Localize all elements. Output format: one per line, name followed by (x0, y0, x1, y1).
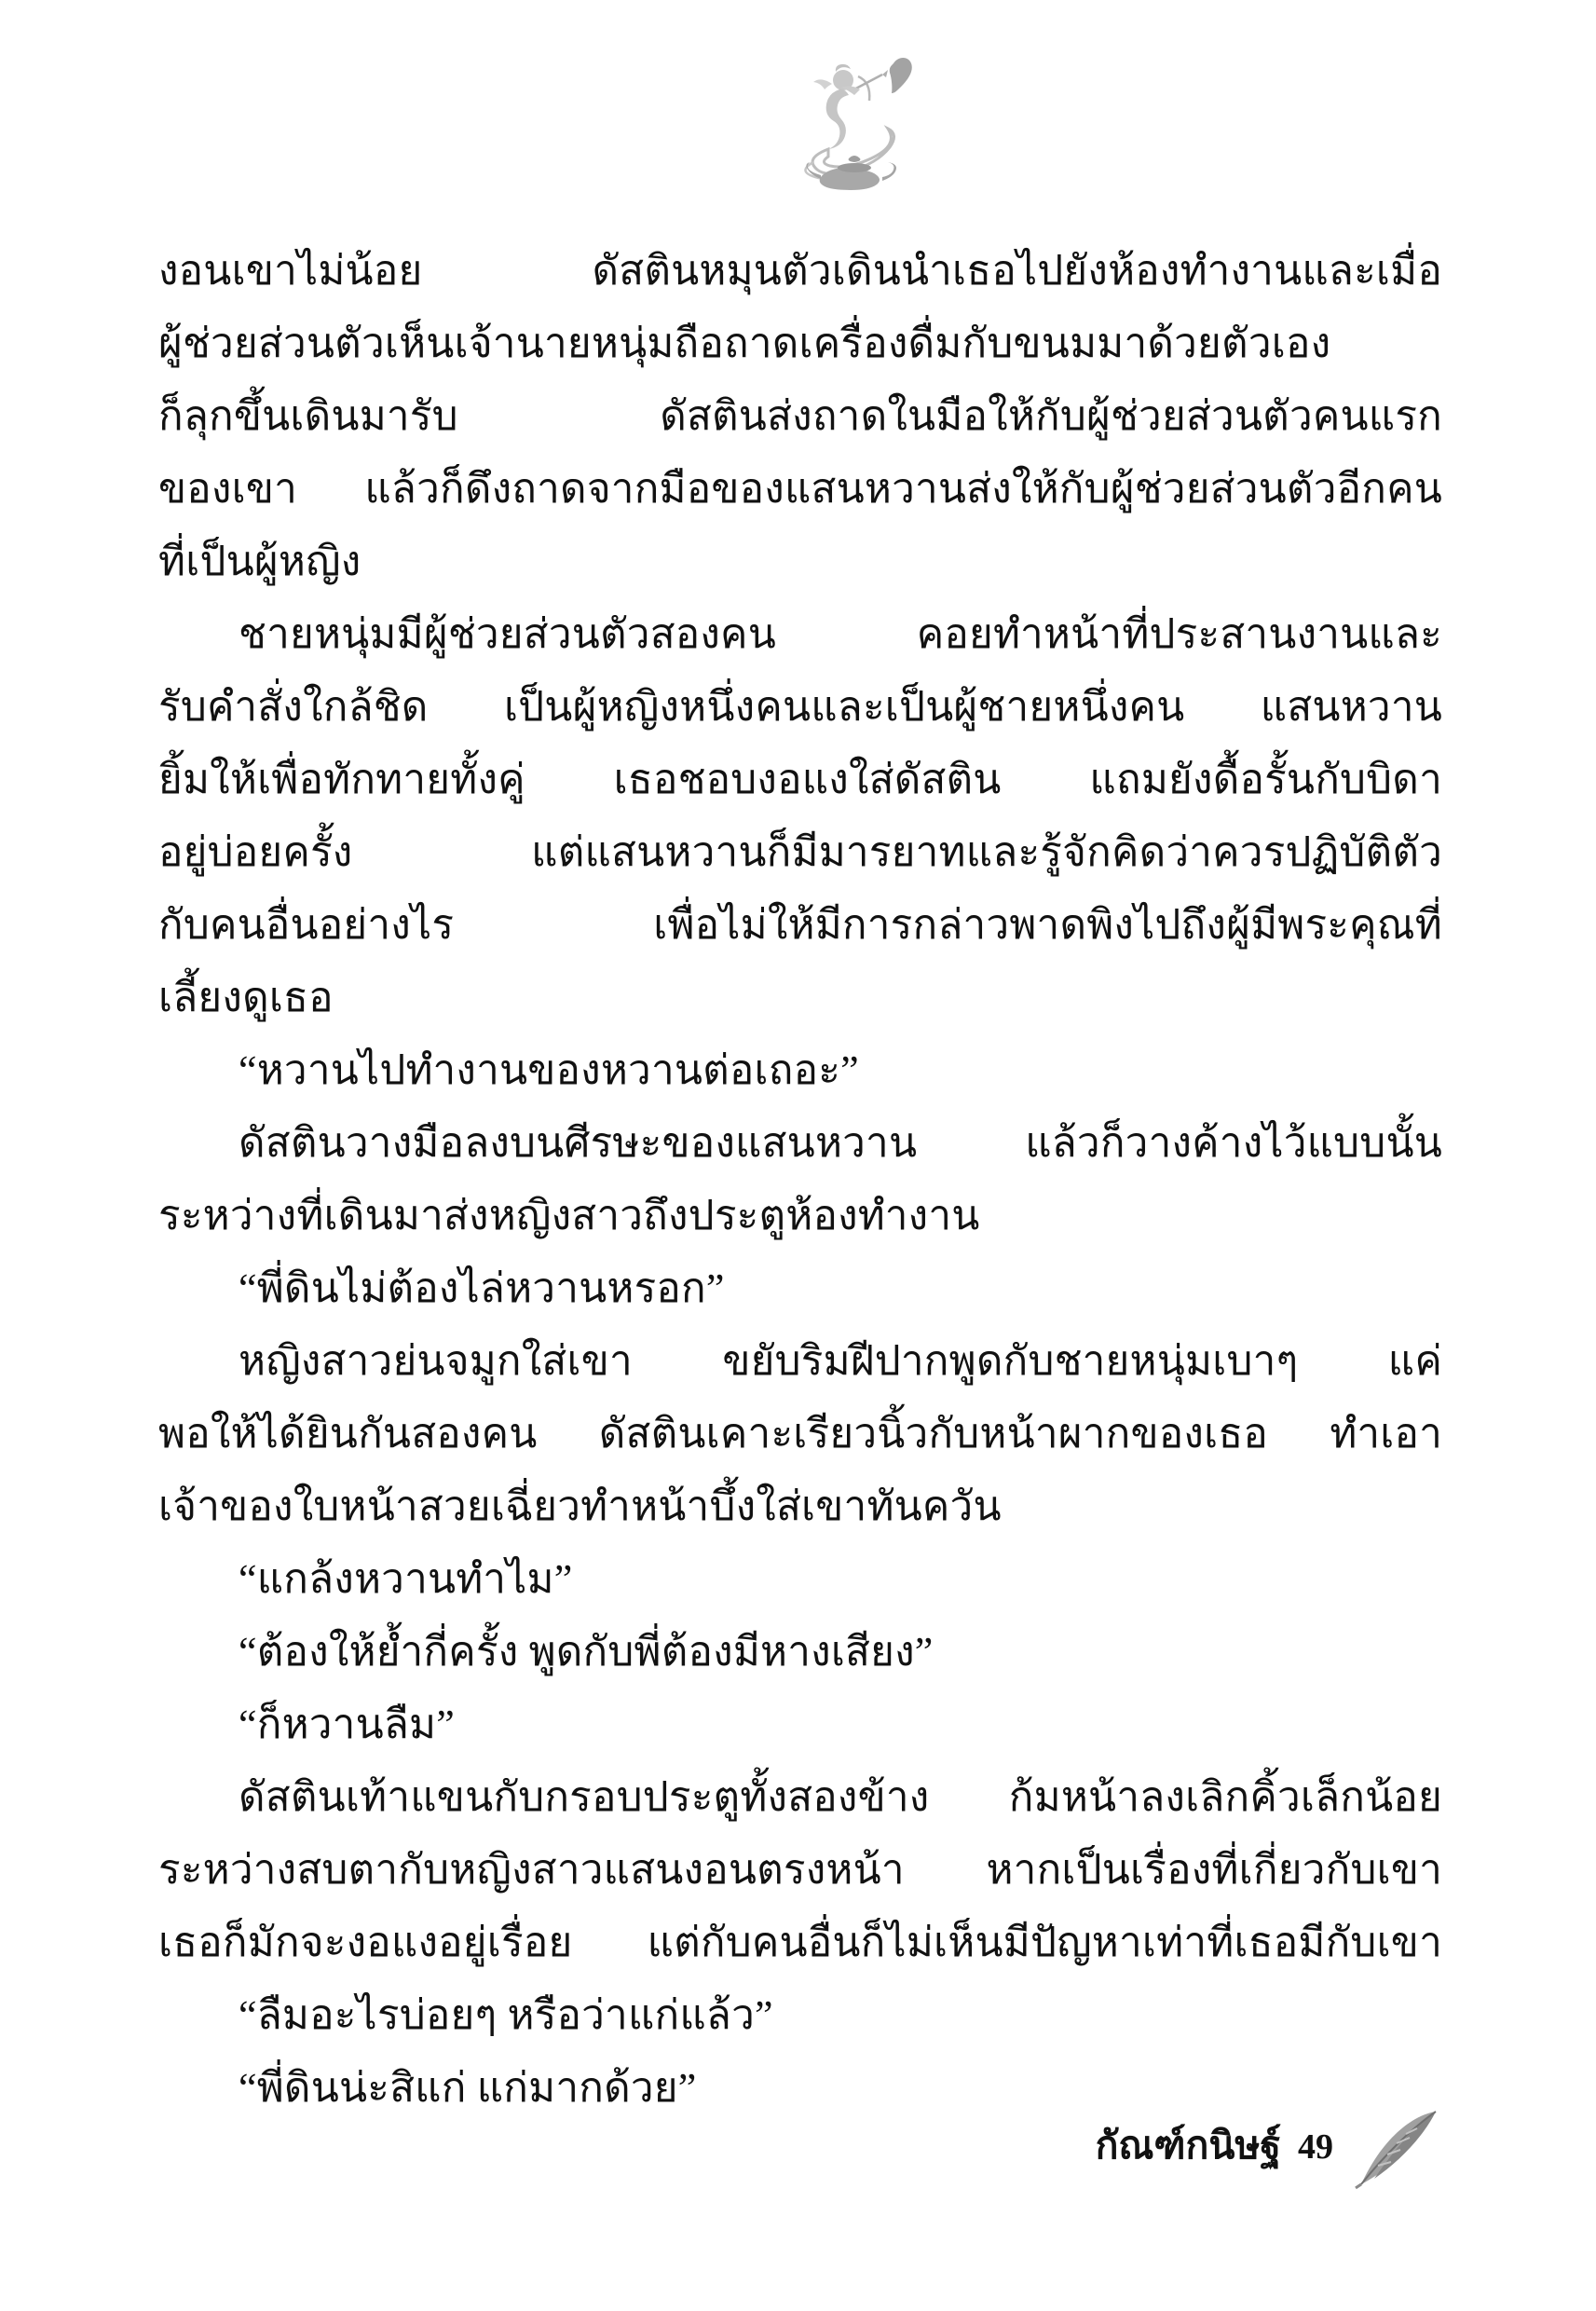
text-line: “หวานไปทำงานของหวานต่อเถอะ” (158, 1034, 1442, 1107)
running-title: กัณฑ์กนิษฐ์ (1096, 2126, 1281, 2165)
text-line: พอให้ได้ยินกันสองคน ดัสตินเคาะเรียวนิ้วก… (158, 1398, 1442, 1470)
text-line: ชายหนุ่มมีผู้ช่วยส่วนตัวสองคน คอยทำหน้าท… (158, 598, 1442, 671)
body-text: งอนเขาไม่น้อย ดัสตินหมุนตัวเดินนำเธอไปยั… (158, 235, 1442, 2125)
text-line: กับคนอื่นอย่างไร เพื่อไม่ให้มีการกล่าวพา… (158, 889, 1442, 962)
text-line: หญิงสาวย่นจมูกใส่เขา ขยับริมฝีปากพูดกับช… (158, 1325, 1442, 1398)
text-line: ยิ้มให้เพื่อทักทายทั้งคู่ เธอชอบงอแงใส่ด… (158, 744, 1442, 816)
text-line: “ต้องให้ย้ำกี่ครั้ง พูดกับพี่ต้องมีหางเส… (158, 1616, 1442, 1689)
footer-text: กัณฑ์กนิษฐ์ 49 (1096, 2126, 1333, 2172)
text-line: “พี่ดินไม่ต้องไล่หวานหรอก” (158, 1252, 1442, 1325)
genie-lamp-cupid-heart-icon (785, 43, 925, 194)
text-line: ระหว่างที่เดินมาส่งหญิงสาวถึงประตูห้องทำ… (158, 1180, 1442, 1252)
book-page: งอนเขาไม่น้อย ดัสตินหมุนตัวเดินนำเธอไปยั… (0, 0, 1596, 2311)
text-line: ก็ลุกขึ้นเดินมารับ ดัสตินส่งถาดในมือให้ก… (158, 380, 1442, 453)
text-line: งอนเขาไม่น้อย ดัสตินหมุนตัวเดินนำเธอไปยั… (158, 235, 1442, 308)
text-line: ของเขา แล้วก็ดึงถาดจากมือของแสนหวานส่งให… (158, 453, 1442, 526)
page-footer: กัณฑ์กนิษฐ์ 49 (1096, 2108, 1443, 2190)
text-line: “ก็หวานลืม” (158, 1689, 1442, 1761)
text-line: รับคำสั่งใกล้ชิด เป็นผู้หญิงหนึ่งคนและเป… (158, 671, 1442, 744)
text-line: “ลืมอะไรบ่อยๆ หรือว่าแก่แล้ว” (158, 1979, 1442, 2052)
quill-feather-icon (1346, 2108, 1443, 2190)
text-line: เลี้ยงดูเธอ (158, 962, 1442, 1034)
text-line: เจ้าของใบหน้าสวยเฉี่ยวทำหน้าบึ้งใส่เขาทั… (158, 1470, 1442, 1543)
text-line: “แกล้งหวานทำไม” (158, 1543, 1442, 1616)
text-line: ระหว่างสบตากับหญิงสาวแสนงอนตรงหน้า หากเป… (158, 1834, 1442, 1907)
text-line: อยู่บ่อยครั้ง แต่แสนหวานก็มีมารยาทและรู้… (158, 816, 1442, 889)
text-line: ที่เป็นผู้หญิง (158, 526, 1442, 598)
text-line: เธอก็มักจะงอแงอยู่เรื่อย แต่กับคนอื่นก็ไ… (158, 1907, 1442, 1979)
text-line: ดัสตินวางมือลงบนศีรษะของแสนหวาน แล้วก็วา… (158, 1107, 1442, 1180)
text-line: ผู้ช่วยส่วนตัวเห็นเจ้านายหนุ่มถือถาดเครื… (158, 308, 1442, 380)
page-number: 49 (1298, 2129, 1333, 2165)
text-line: ดัสตินเท้าแขนกับกรอบประตูทั้งสองข้าง ก้ม… (158, 1761, 1442, 1834)
